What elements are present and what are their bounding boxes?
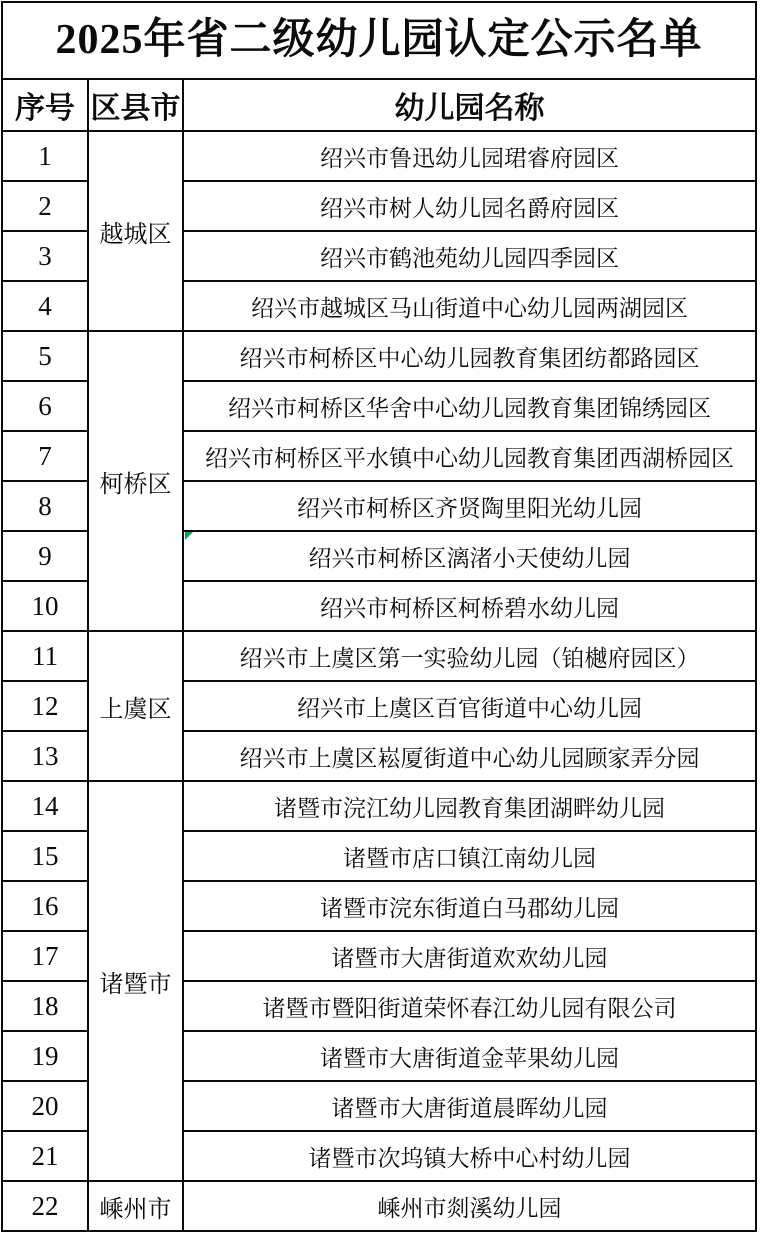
table-row: 22嵊州市嵊州市剡溪幼儿园 bbox=[2, 1181, 756, 1231]
kindergarten-name-cell: 绍兴市柯桥区齐贤陶里阳光幼儿园 bbox=[183, 481, 756, 531]
row-number-cell: 19 bbox=[2, 1031, 88, 1081]
row-number-cell: 20 bbox=[2, 1081, 88, 1131]
row-number-cell: 12 bbox=[2, 681, 88, 731]
column-header-no: 序号 bbox=[2, 79, 88, 131]
kindergarten-name-cell: 绍兴市鲁迅幼儿园珺睿府园区 bbox=[183, 131, 756, 181]
row-number-cell: 5 bbox=[2, 331, 88, 381]
page-title: 2025年省二级幼儿园认定公示名单 bbox=[2, 2, 756, 79]
kindergarten-name-cell: 诸暨市大唐街道欢欢幼儿园 bbox=[183, 931, 756, 981]
row-number-cell: 18 bbox=[2, 981, 88, 1031]
document-page: 2025年省二级幼儿园认定公示名单 序号 区县市 幼儿园名称 1越城区绍兴市鲁迅… bbox=[0, 0, 761, 1236]
table-body: 1越城区绍兴市鲁迅幼儿园珺睿府园区2绍兴市树人幼儿园名爵府园区3绍兴市鹤池苑幼儿… bbox=[2, 131, 756, 1231]
row-number-cell: 4 bbox=[2, 281, 88, 331]
kindergarten-name-cell: 绍兴市上虞区第一实验幼儿园（铂樾府园区） bbox=[183, 631, 756, 681]
green-corner-marker-icon bbox=[185, 532, 193, 540]
row-number-cell: 9 bbox=[2, 531, 88, 581]
row-number-cell: 14 bbox=[2, 781, 88, 831]
kindergarten-name-cell: 诸暨市店口镇江南幼儿园 bbox=[183, 831, 756, 881]
table-header-row: 序号 区县市 幼儿园名称 bbox=[2, 79, 756, 131]
kindergarten-name-cell: 绍兴市鹤池苑幼儿园四季园区 bbox=[183, 231, 756, 281]
kindergarten-name-cell: 绍兴市柯桥区平水镇中心幼儿园教育集团西湖桥园区 bbox=[183, 431, 756, 481]
table-row: 14诸暨市诸暨市浣江幼儿园教育集团湖畔幼儿园 bbox=[2, 781, 756, 831]
row-number-cell: 17 bbox=[2, 931, 88, 981]
kindergarten-name-cell: 绍兴市柯桥区漓渚小天使幼儿园 bbox=[183, 531, 756, 581]
row-number-cell: 11 bbox=[2, 631, 88, 681]
district-cell: 越城区 bbox=[88, 131, 183, 331]
district-cell: 柯桥区 bbox=[88, 331, 183, 631]
row-number-cell: 10 bbox=[2, 581, 88, 631]
title-row: 2025年省二级幼儿园认定公示名单 bbox=[2, 2, 756, 79]
row-number-cell: 1 bbox=[2, 131, 88, 181]
table-row: 5柯桥区绍兴市柯桥区中心幼儿园教育集团纺都路园区 bbox=[2, 331, 756, 381]
kindergarten-name-cell: 绍兴市柯桥区柯桥碧水幼儿园 bbox=[183, 581, 756, 631]
table-row: 1越城区绍兴市鲁迅幼儿园珺睿府园区 bbox=[2, 131, 756, 181]
kindergarten-name-cell: 绍兴市柯桥区华舍中心幼儿园教育集团锦绣园区 bbox=[183, 381, 756, 431]
kindergarten-name-cell: 绍兴市越城区马山街道中心幼儿园两湖园区 bbox=[183, 281, 756, 331]
row-number-cell: 8 bbox=[2, 481, 88, 531]
row-number-cell: 13 bbox=[2, 731, 88, 781]
table-row: 11上虞区绍兴市上虞区第一实验幼儿园（铂樾府园区） bbox=[2, 631, 756, 681]
row-number-cell: 22 bbox=[2, 1181, 88, 1231]
kindergarten-name-cell: 绍兴市上虞区百官街道中心幼儿园 bbox=[183, 681, 756, 731]
kindergarten-name-cell: 诸暨市暨阳街道荣怀春江幼儿园有限公司 bbox=[183, 981, 756, 1031]
kindergarten-name-cell: 绍兴市柯桥区中心幼儿园教育集团纺都路园区 bbox=[183, 331, 756, 381]
district-cell: 上虞区 bbox=[88, 631, 183, 781]
row-number-cell: 3 bbox=[2, 231, 88, 281]
kindergarten-name-cell: 诸暨市浣东街道白马郡幼儿园 bbox=[183, 881, 756, 931]
district-cell: 嵊州市 bbox=[88, 1181, 183, 1231]
kindergarten-name-cell: 诸暨市大唐街道金苹果幼儿园 bbox=[183, 1031, 756, 1081]
kindergarten-name-cell: 嵊州市剡溪幼儿园 bbox=[183, 1181, 756, 1231]
district-cell: 诸暨市 bbox=[88, 781, 183, 1181]
row-number-cell: 15 bbox=[2, 831, 88, 881]
column-header-district: 区县市 bbox=[88, 79, 183, 131]
kindergarten-name-cell: 诸暨市次坞镇大桥中心村幼儿园 bbox=[183, 1131, 756, 1181]
kindergarten-name-cell: 绍兴市树人幼儿园名爵府园区 bbox=[183, 181, 756, 231]
kindergarten-name-cell: 绍兴市上虞区崧厦街道中心幼儿园顾家弄分园 bbox=[183, 731, 756, 781]
row-number-cell: 6 bbox=[2, 381, 88, 431]
row-number-cell: 21 bbox=[2, 1131, 88, 1181]
row-number-cell: 2 bbox=[2, 181, 88, 231]
row-number-cell: 16 bbox=[2, 881, 88, 931]
kindergarten-list-table: 2025年省二级幼儿园认定公示名单 序号 区县市 幼儿园名称 1越城区绍兴市鲁迅… bbox=[1, 1, 757, 1232]
column-header-name: 幼儿园名称 bbox=[183, 79, 756, 131]
row-number-cell: 7 bbox=[2, 431, 88, 481]
kindergarten-name-cell: 诸暨市大唐街道晨晖幼儿园 bbox=[183, 1081, 756, 1131]
kindergarten-name-cell: 诸暨市浣江幼儿园教育集团湖畔幼儿园 bbox=[183, 781, 756, 831]
